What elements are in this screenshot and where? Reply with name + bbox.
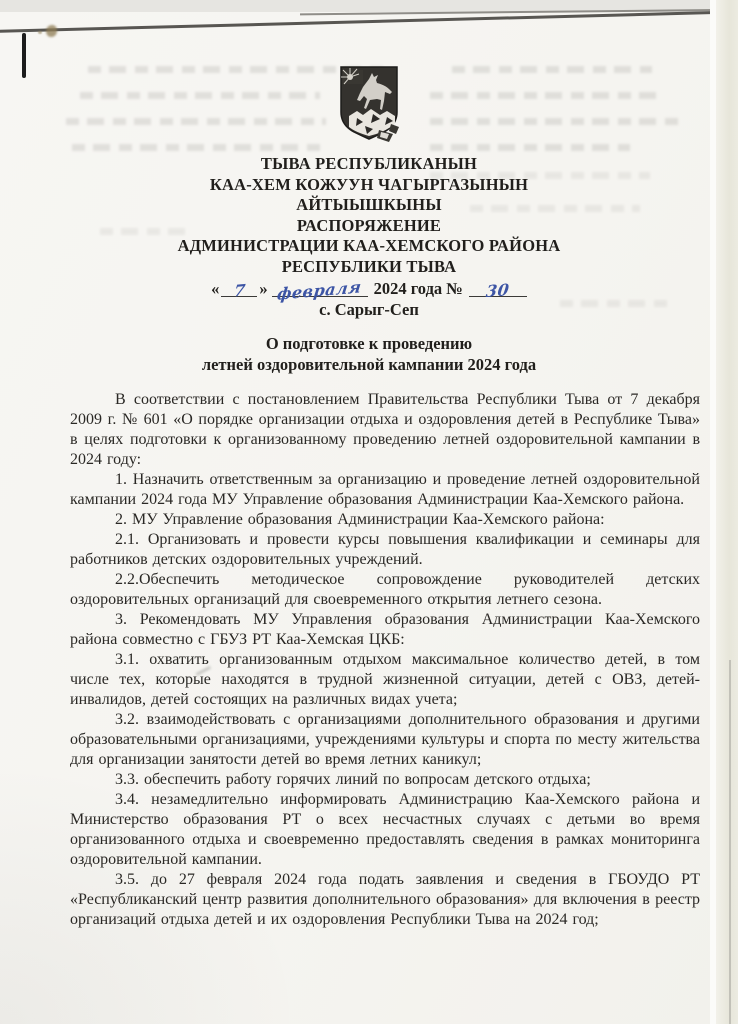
handwritten-number: 30 [485,283,510,299]
place-line: с. Сарыг-Сеп [0,300,738,320]
quote-open: « [211,279,219,298]
letterhead-line: КАА-ХЕМ КОЖУУН ЧАГЫРГАЗЫНЫН [0,175,738,196]
body-paragraph: 3.3. обеспечить работу горячих линий по … [70,770,700,790]
body-paragraph: 3.2. взаимодействовать с организациями д… [70,710,700,770]
handwritten-day-field: 7 [221,282,257,297]
document-body: В соответствии с постановлением Правител… [70,390,700,930]
body-paragraph: 3.1. охватить организованным отдыхом мак… [70,650,700,710]
handwritten-day: 7 [233,283,246,298]
body-paragraph: 2.1. Организовать и провести курсы повыш… [70,530,700,570]
handwritten-month-field: февраля [272,282,368,297]
letterhead-line: АЙТЫЫШКЫНЫ [0,195,738,216]
coat-of-arms-icon [335,64,403,144]
date-number-line: «7»февраля2024 года №30 [0,279,738,299]
body-paragraph: 2. МУ Управление образования Администрац… [70,510,700,530]
body-paragraph: 1. Назначить ответственным за организаци… [70,470,700,510]
body-paragraph: 3.5. до 27 февраля 2024 года подать заяв… [70,870,700,930]
quote-close: » [259,279,267,298]
letterhead-line: АДМИНИСТРАЦИИ КАА-ХЕМСКОГО РАЙОНА [0,236,738,257]
letterhead-line: РАСПОРЯЖЕНИЕ [0,216,738,237]
handwritten-number-field: 30 [469,282,527,297]
year-number-label: 2024 года № [374,279,463,298]
scanned-page: ТЫВА РЕСПУБЛИКАНЫН КАА-ХЕМ КОЖУУН ЧАГЫРГ… [0,0,738,1024]
body-paragraph: В соответствии с постановлением Правител… [70,390,700,470]
letterhead-line: ТЫВА РЕСПУБЛИКАНЫН [0,154,738,175]
handwritten-month: февраля [277,280,363,302]
document-content: ТЫВА РЕСПУБЛИКАНЫН КАА-ХЕМ КОЖУУН ЧАГЫРГ… [0,0,738,930]
letterhead-line: РЕСПУБЛИКИ ТЫВА [0,257,738,278]
body-paragraph: 2.2.Обеспечить методическое сопровождени… [70,570,700,610]
document-title: О подготовке к проведению летней оздоров… [0,333,738,375]
body-paragraph: 3. Рекомендовать МУ Управления образован… [70,610,700,650]
body-paragraph: 3.4. незамедлительно информировать Админ… [70,790,700,870]
title-line: О подготовке к проведению [0,333,738,354]
document-letterhead: ТЫВА РЕСПУБЛИКАНЫН КАА-ХЕМ КОЖУУН ЧАГЫРГ… [0,154,738,277]
title-line: летней оздоровительной кампании 2024 год… [0,354,738,375]
